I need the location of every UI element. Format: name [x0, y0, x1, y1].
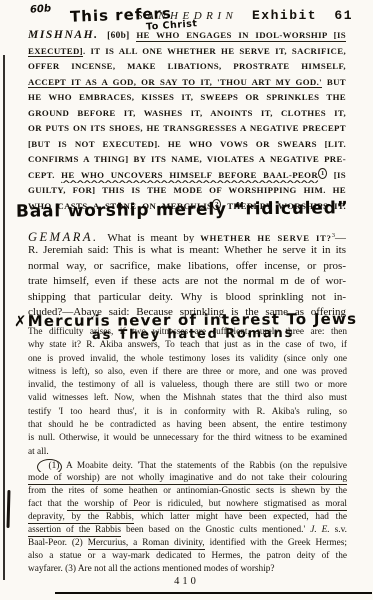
text-line: GUILTY, FOR] THIS IS THE MODE OF WORSHIP… [28, 183, 346, 199]
text-line: MISHNAH. [60b] HE WHO ENGAGES IN IDOL-WO… [28, 28, 346, 44]
text-line: testify 'I too heard thus', it is in con… [28, 406, 347, 419]
text-line: R. Jeremiah said: This is what is meant:… [28, 243, 346, 258]
text-line: GROUND BEFORE IT, WASHES IT, ANOINTS IT,… [28, 106, 346, 122]
text-line: ACCEPT IT AS A GOD, OR SAY TO IT, 'THOU … [28, 75, 346, 91]
text-line: HE WHO EMBRACES, KISSES IT, SWEEPS OR SP… [28, 90, 346, 106]
text-line: CONFIRMS A THING] BY ITS NAME, VIOLATES … [28, 152, 346, 168]
text-line: CEPT. HE WHO UNCOVERS HIMSELF BEFORE BAA… [28, 168, 346, 184]
handwritten-baal-note: Baal worship merely “ridiculed” [16, 198, 349, 221]
text-line: invalid, the testimony of all is valuele… [28, 379, 347, 392]
text-line: one is proved invalid, the whole testimo… [28, 353, 347, 366]
exhibit-label: Exhibit 61 [252, 8, 353, 23]
text-line: from the rites of some heathen or antino… [28, 485, 347, 498]
handwritten-folio: 60b [30, 3, 52, 15]
text-line: [BUT IS NOT EXECUTED]. HE WHO VOWS OR SW… [28, 137, 346, 153]
text-line: OFFER INCENSE, MAKE LIBATIONS, PROSTRATE… [28, 59, 346, 75]
scanned-document-page: 60b This refers To Christ SANHEDRIN Exhi… [0, 0, 373, 600]
text-line: GEMARA. What is meant by WHETHER HE SERV… [28, 228, 346, 243]
text-line: OR PUTS ON ITS SHOES, HE TRANSGRESSES A … [28, 121, 346, 137]
commentary-paragraph: The difficulty arises, if two witnesses … [28, 326, 347, 459]
text-line: fact that the worship of Peor is ridicul… [28, 498, 347, 511]
page-number: 410 [0, 576, 373, 587]
tractate-title: SANHEDRIN [137, 10, 237, 22]
text-line: valid witnesses left. Now, when the Mish… [28, 392, 347, 405]
handwritten-margin-mark [7, 490, 11, 528]
text-line: Baal-Peor. (2) Mercurius, a Roman divini… [28, 537, 347, 550]
gemara-paragraph: GEMARA. What is meant by WHETHER HE SERV… [28, 228, 346, 320]
mishnah-paragraph: MISHNAH. [60b] HE WHO ENGAGES IN IDOL-WO… [28, 28, 346, 214]
text-line: is null. Otherwise, it would be unnecess… [28, 432, 347, 445]
text-line: The difficulty arises, if two witnesses … [28, 326, 347, 339]
text-line: normal way, or sacrifice, make libations… [28, 259, 346, 274]
text-line: that should he be contradicted as having… [28, 419, 347, 432]
text-line: at all. [28, 446, 347, 459]
text-line: assertion of the Rabbis been based on th… [28, 524, 347, 537]
text-line: mode of worship) are not wholly imaginat… [28, 472, 347, 485]
bottom-rule [55, 592, 372, 594]
footnotes-paragraph: (1) A Moabite deity. 'That the statement… [28, 459, 347, 576]
scan-edge-line [3, 55, 5, 580]
text-line: (1) A Moabite deity. 'That the statement… [28, 459, 347, 472]
text-line: wayfarer. (3) Are not all the actions me… [28, 563, 347, 576]
text-line: also a statue or a way-mark dedicated to… [28, 550, 347, 563]
text-line: why state it? R. Akiba answers, To teach… [28, 339, 347, 352]
text-line: trate himself, even if these acts are no… [28, 274, 346, 289]
text-line: shipping that particular deity. Why is b… [28, 290, 346, 305]
text-line: EXECUTED]. IT IS ALL ONE WHETHER HE SERV… [28, 44, 346, 60]
text-line: witness is left), so also, even if there… [28, 366, 347, 379]
text-line: depravity, by the Rabbis, which latter m… [28, 511, 347, 524]
